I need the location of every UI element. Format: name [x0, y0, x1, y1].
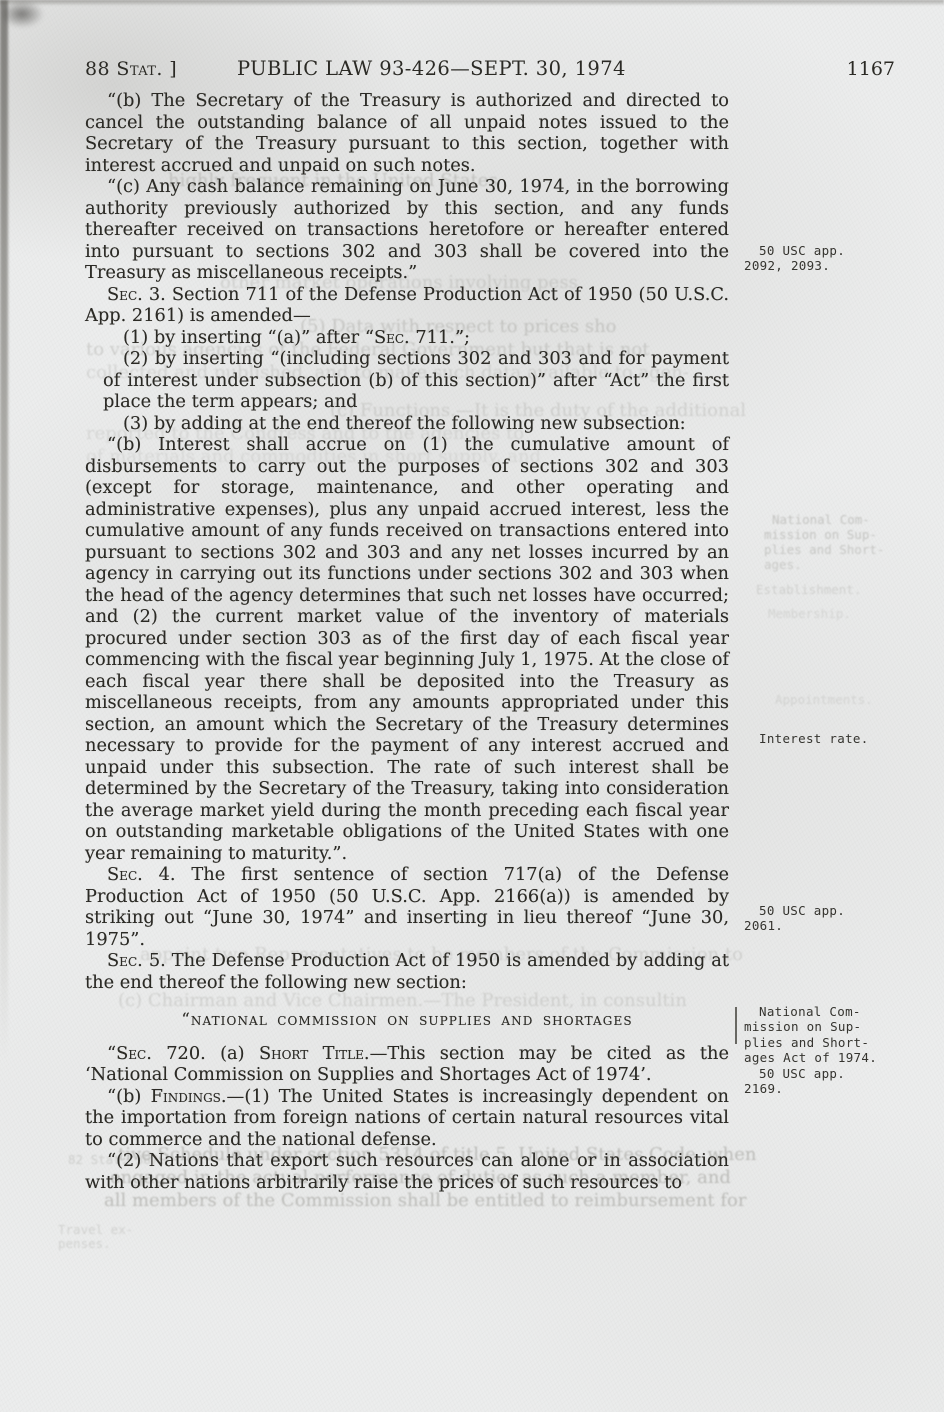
margin-note-line: mission on Sup- [744, 1019, 912, 1034]
small-caps-run: Sec. [107, 950, 143, 971]
text-run: (3) by adding at the end thereof the fol… [123, 413, 686, 434]
bleedthrough-line: ages. [764, 557, 802, 572]
findings-2: “(2) Nations that export such resources … [85, 1150, 729, 1193]
amendment-item-2: (2) by inserting “(including sections 30… [103, 348, 729, 413]
subsection-b-interest: “(b) Interest shall accrue on (1) the cu… [85, 434, 729, 864]
text-run: “(c) Any cash balance remaining on June … [85, 176, 729, 283]
paragraph-c: “(c) Any cash balance remaining on June … [85, 176, 729, 284]
bleedthrough-line: mission on Sup- [764, 527, 877, 542]
bleedthrough-line: National Com- [772, 512, 870, 527]
margin-note-line: 50 USC app. [744, 243, 912, 258]
bleedthrough-line: Membership. [768, 606, 851, 621]
page-left-edge-shadow [0, 0, 8, 1412]
margin-note-interest-rate: Interest rate. [744, 731, 912, 746]
small-caps-run: Sec. [107, 284, 143, 305]
statute-page: 88 Stat. ] PUBLIC LAW 93-426—SEPT. 30, 1… [0, 0, 944, 1412]
text-run: “(2) Nations that export such resources … [85, 1150, 729, 1193]
amendment-item-1: (1) by inserting “(a)” after “Sec. 711.”… [103, 327, 729, 349]
margin-note-line: plies and Short- [744, 1035, 912, 1050]
amendment-item-3: (3) by adding at the end thereof the fol… [103, 413, 729, 435]
small-caps-run: Sec. [116, 1043, 152, 1064]
margin-note-usc-2061: 50 USC app.2061. [744, 903, 912, 934]
bleedthrough-line: Establishment. [756, 582, 861, 597]
page-header: 88 Stat. ] PUBLIC LAW 93-426—SEPT. 30, 1… [85, 58, 895, 86]
bleedthrough-line: Travel ex- [58, 1222, 133, 1237]
scan-corner-smudge [0, 0, 44, 28]
page-number: 1167 [847, 58, 895, 80]
small-caps-run: national commission on supplies and shor… [191, 1010, 633, 1029]
page-top-edge-shadow [0, 0, 944, 6]
margin-note-rule [735, 1007, 737, 1044]
margin-note-short-title-act: National Com-mission on Sup-plies and Sh… [744, 1004, 912, 1096]
text-run: (1) by inserting “(a)” after “ [123, 327, 374, 348]
text-run: “(b) The Secretary of the Treasury is au… [85, 90, 729, 176]
section-720-short-title: “Sec. 720. (a) Short Title.—This section… [85, 1043, 729, 1086]
section-720-findings: “(b) Findings.—(1) The United States is … [85, 1086, 729, 1151]
law-title: PUBLIC LAW 93-426—SEPT. 30, 1974 [237, 57, 626, 80]
margin-note-line: ages Act of 1974. [744, 1050, 912, 1065]
text-run: “ [107, 1043, 116, 1064]
margin-note-line: 2061. [744, 918, 912, 933]
small-caps-run: Short Title. [259, 1043, 370, 1064]
margin-note-line: 2169. [744, 1081, 912, 1096]
bleedthrough-line: all members of the Commission shall be e… [104, 1190, 746, 1211]
text-column: “(b) The Secretary of the Treasury is au… [85, 90, 729, 1193]
bleedthrough-line: penses. [58, 1236, 111, 1251]
margin-note-line: 50 USC app. [744, 903, 912, 918]
section-5: Sec. 5. The Defense Production Act of 19… [85, 950, 729, 993]
small-caps-run: Sec. [107, 864, 143, 885]
margin-note-line: 2092, 2093. [744, 258, 912, 273]
margin-note-line: Interest rate. [744, 731, 912, 746]
margin-note-line: National Com- [744, 1004, 912, 1019]
text-run: 3. Section 711 of the Defense Production… [85, 284, 729, 327]
stat-volume-label: 88 Stat. ] [85, 58, 177, 80]
margin-note-line: 50 USC app. [744, 1066, 912, 1081]
text-run: ] [163, 58, 177, 80]
section-heading: “national commission on supplies and sho… [85, 1009, 729, 1031]
text-run: 711.”; [410, 327, 470, 348]
text-run: “(b) Interest shall accrue on (1) the cu… [85, 434, 729, 864]
section-3-intro: Sec. 3. Section 711 of the Defense Produ… [85, 284, 729, 327]
text-run: (2) by inserting “(including sections 30… [103, 348, 729, 412]
text-run: “(b) [107, 1086, 151, 1107]
text-run: “ [181, 1010, 191, 1029]
margin-note-usc-2092-2093: 50 USC app.2092, 2093. [744, 243, 912, 274]
section-4: Sec. 4. The first sentence of section 71… [85, 864, 729, 950]
small-caps-run: Sec. [374, 327, 410, 348]
small-caps-run: Stat. [116, 58, 162, 80]
text-run: 720. (a) [152, 1043, 259, 1064]
text-run: 88 [85, 58, 116, 80]
small-caps-run: Findings. [151, 1086, 227, 1107]
paragraph-b: “(b) The Secretary of the Treasury is au… [85, 90, 729, 176]
bleedthrough-line: Appointments. [775, 692, 873, 707]
text-run: 5. The Defense Production Act of 1950 is… [85, 950, 729, 993]
text-run: 4. The first sentence of section 717(a) … [85, 864, 729, 950]
bleedthrough-line: plies and Short- [764, 542, 884, 557]
